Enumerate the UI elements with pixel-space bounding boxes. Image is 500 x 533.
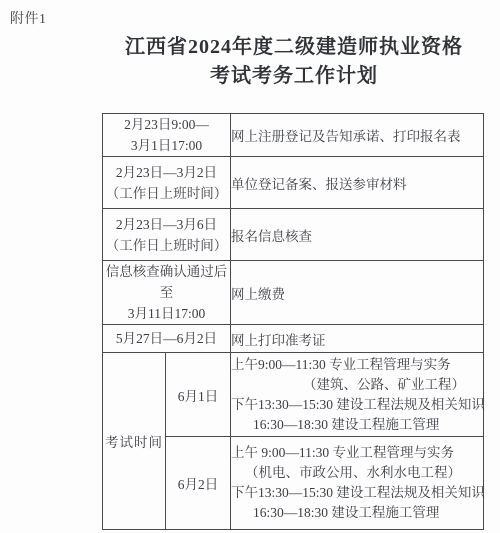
exam-schedule-cell: 上午 9:00—11:30 专业工程管理与实务 （机电、市政公用、水利水电工程）… [231, 437, 484, 530]
schedule-line: 上午9:00—11:30 专业工程管理与实务 [231, 355, 483, 375]
exam-time-label-cell: 考试时间 [103, 353, 166, 530]
date-line: 至 [103, 282, 230, 303]
date-cell: 5月27日—6月2日 [103, 325, 231, 353]
attachment-label: 附件1 [10, 8, 47, 28]
schedule-line: （机电、市政公用、水利水电工程） [231, 463, 483, 483]
task-cell: 网上缴费 [231, 261, 484, 325]
date-line: 2月23日—3月2日 [103, 162, 230, 183]
exam-schedule-cell: 上午9:00—11:30 专业工程管理与实务 （建筑、公路、矿业工程） 下午13… [231, 353, 484, 437]
table-row: 信息核查确认通过后 至 3月11日17:00 网上缴费 [103, 261, 484, 325]
schedule-line: 下午13:30—15:30 建设工程法规及相关知识 [231, 483, 483, 503]
date-line: 2月23日—3月6日 [103, 214, 230, 235]
date-line: 3月1日17:00 [103, 135, 230, 156]
schedule-line: （建筑、公路、矿业工程） [231, 375, 483, 395]
date-line: 信息核查确认通过后 [103, 261, 230, 282]
schedule-line: 下午13:30—15:30 建设工程法规及相关知识 [231, 395, 483, 415]
table-row: 2月23日9:00— 3月1日17:00 网上注册登记及告知承诺、打印报名表 [103, 114, 484, 157]
date-line: 5月27日—6月2日 [103, 328, 230, 349]
schedule-line: 16:30—18:30 建设工程施工管理 [231, 503, 483, 523]
schedule-table: 2月23日9:00— 3月1日17:00 网上注册登记及告知承诺、打印报名表 2… [102, 113, 484, 530]
table-row: 2月23日—3月2日 （工作日上班时间） 单位登记备案、报送参审材料 [103, 157, 484, 209]
date-cell: 2月23日9:00— 3月1日17:00 [103, 114, 231, 157]
table-row: 考试时间 6月1日 上午9:00—11:30 专业工程管理与实务 （建筑、公路、… [103, 353, 484, 437]
date-cell: 2月23日—3月6日 （工作日上班时间） [103, 209, 231, 261]
task-cell: 网上注册登记及告知承诺、打印报名表 [231, 114, 484, 157]
date-cell: 2月23日—3月2日 （工作日上班时间） [103, 157, 231, 209]
document-title-line2: 考试考务工作计划 [92, 62, 496, 91]
exam-date-cell: 6月2日 [166, 437, 231, 530]
document-title: 江西省2024年度二级建造师执业资格 考试考务工作计划 [92, 33, 496, 91]
task-cell: 报名信息核查 [231, 209, 484, 261]
task-cell: 网上打印准考证 [231, 325, 484, 353]
task-cell: 单位登记备案、报送参审材料 [231, 157, 484, 209]
table-row: 2月23日—3月6日 （工作日上班时间） 报名信息核查 [103, 209, 484, 261]
date-line: （工作日上班时间） [103, 235, 230, 256]
schedule-line: 16:30—18:30 建设工程施工管理 [231, 415, 483, 435]
date-cell: 信息核查确认通过后 至 3月11日17:00 [103, 261, 231, 325]
date-line: 2月23日9:00— [103, 114, 230, 135]
date-line: 3月11日17:00 [103, 303, 230, 324]
exam-date-cell: 6月1日 [166, 353, 231, 437]
document-title-line1: 江西省2024年度二级建造师执业资格 [92, 33, 496, 62]
table-row: 5月27日—6月2日 网上打印准考证 [103, 325, 484, 353]
schedule-line: 上午 9:00—11:30 专业工程管理与实务 [231, 443, 483, 463]
date-line: （工作日上班时间） [103, 183, 230, 204]
